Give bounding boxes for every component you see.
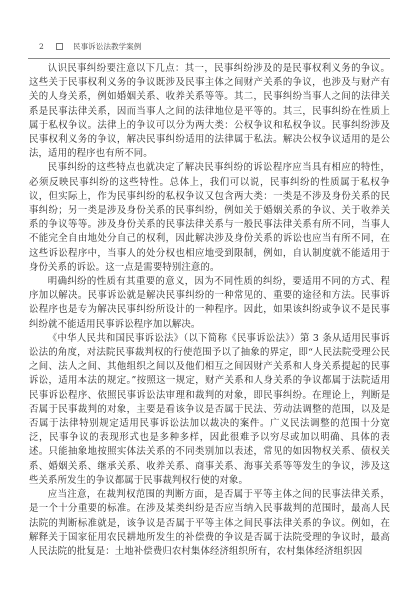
- running-header: 2 民事诉讼法教学案例: [28, 39, 390, 53]
- paragraph-4: 《中华人民共和国民事诉讼法》（以下简称《民事诉讼法》）第 3 条从适用民事诉讼法…: [29, 332, 390, 488]
- paragraph-3: 明确纠纷的性质有其重要的意义，因为不同性质的纠纷，要适用不同的方式、程序加以解决…: [29, 275, 390, 332]
- page-number: 2: [39, 42, 53, 51]
- header-rule: [28, 58, 390, 59]
- paragraph-2: 民事纠纷的这些特点也就决定了解决民事纠纷的诉讼程序应当具有相应的特性，必须反映民…: [29, 161, 390, 275]
- paragraph-5: 应当注意，在裁判权范围的判断方面，是否属于平等主体之间的民事法律关系，是一个十分…: [29, 488, 390, 559]
- page-body: 认识民事纠纷要注意以下几点：其一，民事纠纷涉及的是民事权利义务的争议。这些关于民…: [29, 62, 390, 559]
- paragraph-1: 认识民事纠纷要注意以下几点：其一，民事纠纷涉及的是民事权利义务的争议。这些关于民…: [29, 62, 390, 161]
- square-ornament-icon: [56, 43, 63, 50]
- book-title: 民事诉讼法教学案例: [73, 41, 141, 52]
